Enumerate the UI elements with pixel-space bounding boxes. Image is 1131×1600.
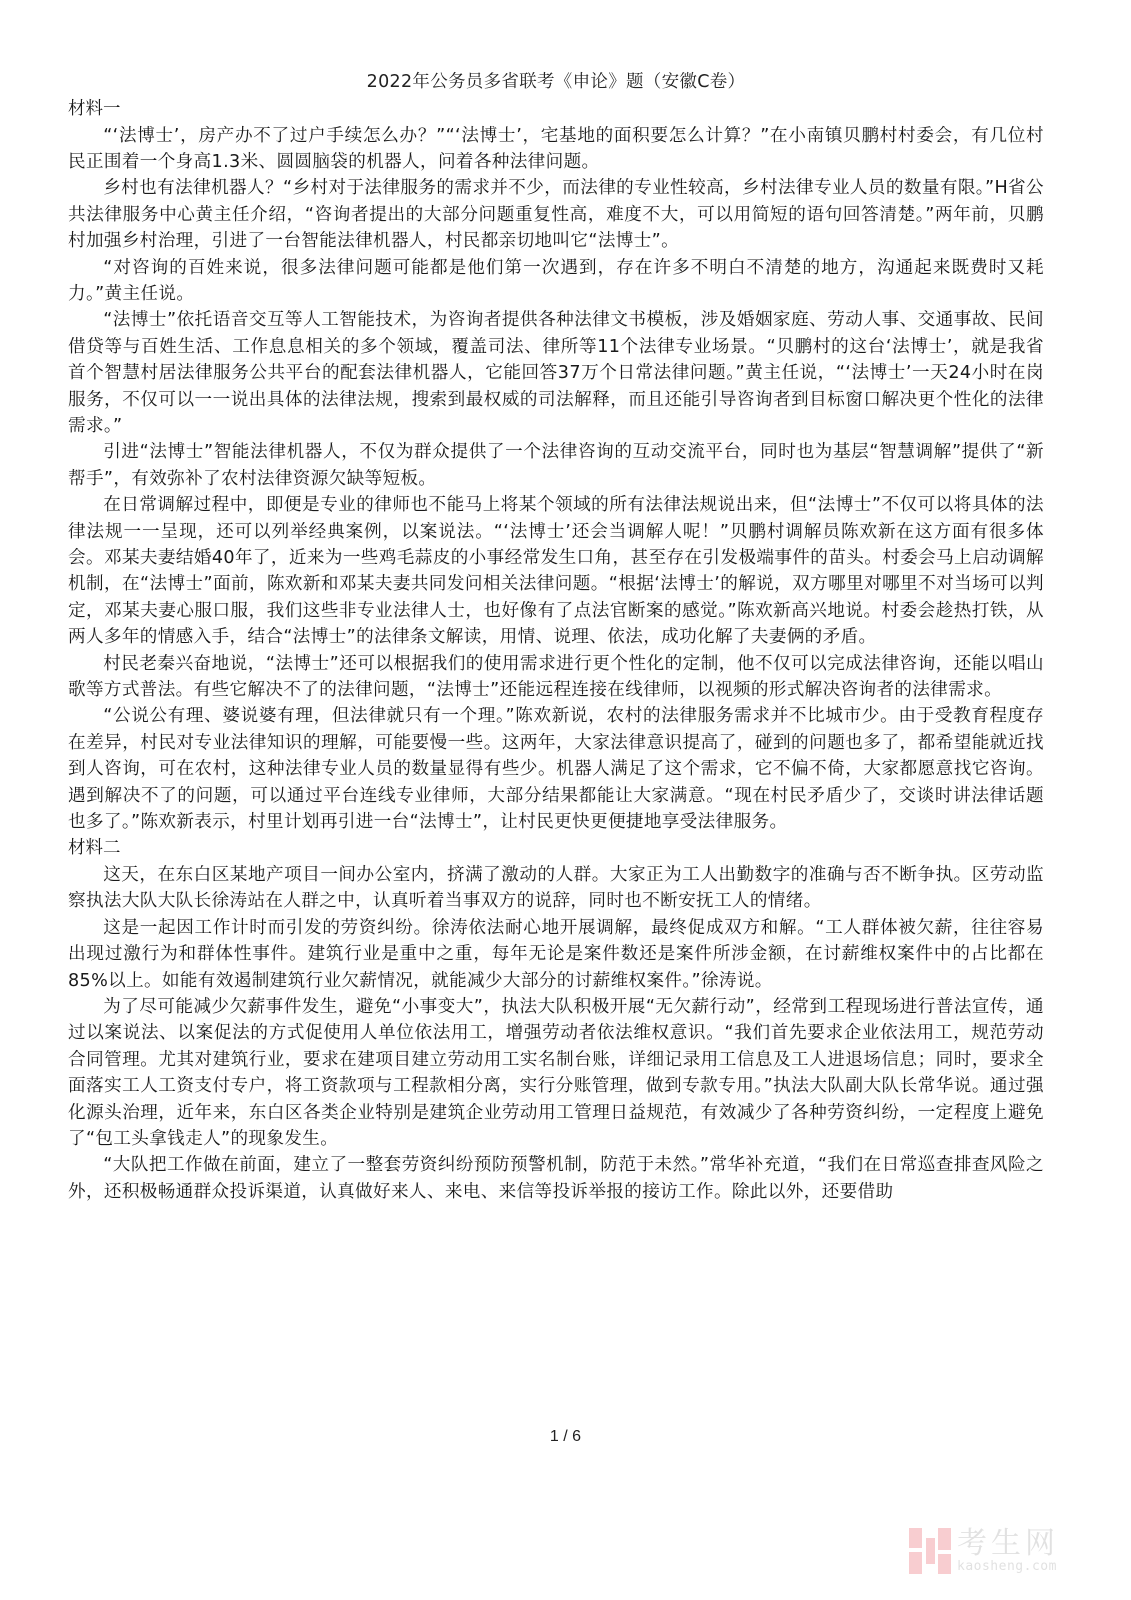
document-page: 2022年公务员多省联考《申论》题（安徽C卷） 材料一 “‘法博士’，房产办不了… bbox=[68, 68, 1044, 1205]
section-heading: 材料一 bbox=[68, 96, 1044, 123]
document-title: 2022年公务员多省联考《申论》题（安徽C卷） bbox=[68, 68, 1044, 96]
section-material-1: 材料一 “‘法博士’，房产办不了过户手续怎么办？”“‘法博士’，宅基地的面积要怎… bbox=[68, 96, 1044, 835]
paragraph: 这是一起因工作计时而引发的劳资纠纷。徐涛依法耐心地开展调解，最终促成双方和解。“… bbox=[68, 915, 1044, 994]
kaosheng-logo-icon bbox=[909, 1528, 951, 1574]
watermark-url: kaosheng.com bbox=[957, 1560, 1059, 1574]
paragraph: “‘法博士’，房产办不了过户手续怎么办？”“‘法博士’，宅基地的面积要怎么计算？… bbox=[68, 123, 1044, 176]
paragraph: “法博士”依托语音交互等人工智能技术，为咨询者提供各种法律文书模板，涉及婚姻家庭… bbox=[68, 307, 1044, 439]
paragraph: 为了尽可能减少欠薪事件发生，避免“小事变大”，执法大队积极开展“无欠薪行动”，经… bbox=[68, 994, 1044, 1152]
paragraph: 引进“法博士”智能法律机器人，不仅为群众提供了一个法律咨询的互动交流平台，同时也… bbox=[68, 439, 1044, 492]
paragraph: “大队把工作做在前面，建立了一整套劳资纠纷预防预警机制，防范于未然。”常华补充道… bbox=[68, 1152, 1044, 1205]
paragraph: 这天，在东白区某地产项目一间办公室内，挤满了激动的人群。大家正为工人出勤数字的准… bbox=[68, 862, 1044, 915]
paragraph: 乡村也有法律机器人？“乡村对于法律服务的需求并不少，而法律的专业性较高，乡村法律… bbox=[68, 175, 1044, 254]
watermark: 考生网 kaosheng.com bbox=[909, 1520, 1109, 1582]
section-heading: 材料二 bbox=[68, 835, 1044, 862]
paragraph: “对咨询的百姓来说，很多法律问题可能都是他们第一次遇到，存在许多不明白不清楚的地… bbox=[68, 255, 1044, 308]
section-material-2: 材料二 这天，在东白区某地产项目一间办公室内，挤满了激动的人群。大家正为工人出勤… bbox=[68, 835, 1044, 1205]
watermark-name: 考生网 bbox=[957, 1528, 1059, 1560]
paragraph: 村民老秦兴奋地说，“法博士”还可以根据我们的使用需求进行更个性化的定制，他不仅可… bbox=[68, 651, 1044, 704]
paragraph: “公说公有理、婆说婆有理，但法律就只有一个理。”陈欢新说，农村的法律服务需求并不… bbox=[68, 703, 1044, 835]
page-number: 1 / 6 bbox=[0, 1428, 1131, 1446]
paragraph: 在日常调解过程中，即便是专业的律师也不能马上将某个领域的所有法律法规说出来，但“… bbox=[68, 492, 1044, 650]
